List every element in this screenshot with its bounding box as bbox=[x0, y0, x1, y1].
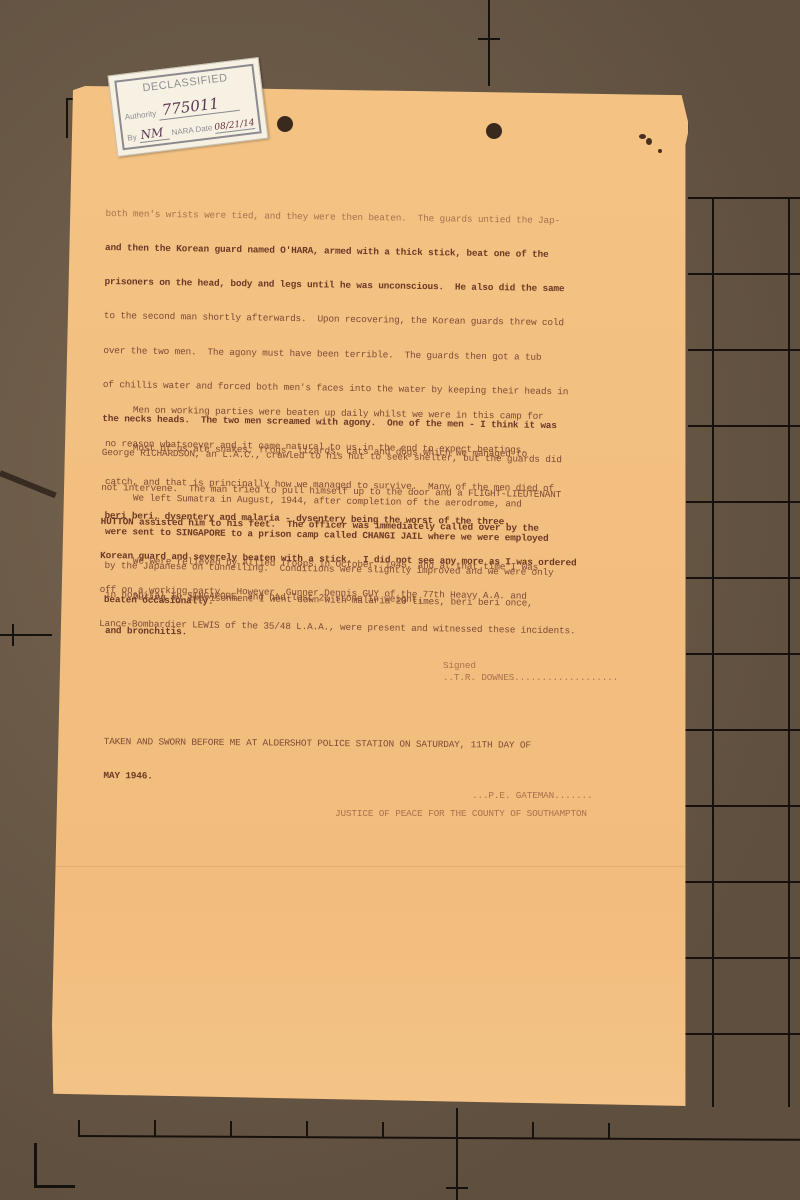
text-line: Most of us ate snakes, frogs, lizards, c… bbox=[105, 442, 554, 460]
grid-tick bbox=[230, 1121, 232, 1137]
corner-mark bbox=[34, 1143, 75, 1188]
grid-line bbox=[0, 634, 52, 636]
justice-title: JUSTICE OF PEACE FOR THE COUNTY OF SOUTH… bbox=[335, 808, 587, 819]
signature-label: Signed bbox=[443, 660, 476, 671]
text-line: and bronchitis. bbox=[105, 625, 532, 643]
stamp-by-value: NM bbox=[138, 125, 170, 144]
punch-hole bbox=[486, 123, 502, 139]
grid-tick bbox=[382, 1122, 384, 1138]
grid-line bbox=[688, 273, 800, 275]
text-line: and then the Korean guard named O'HARA, … bbox=[105, 242, 582, 261]
ink-stain bbox=[639, 134, 646, 139]
grid-line bbox=[488, 0, 490, 86]
stamp-nara-value: 08/21/14 bbox=[214, 118, 255, 134]
grid-tick bbox=[478, 38, 500, 40]
ink-stain bbox=[646, 138, 652, 145]
text-line: During my imprisonment I went down with … bbox=[105, 591, 532, 609]
text-line: MAY 1946. bbox=[103, 770, 530, 785]
jurat: TAKEN AND SWORN BEFORE ME AT ALDERSHOT P… bbox=[103, 713, 531, 797]
text-line: We left Sumatra in August, 1944, after c… bbox=[105, 492, 554, 510]
ink-stain bbox=[658, 149, 662, 153]
grid-line bbox=[682, 957, 800, 959]
grid-line bbox=[682, 1033, 800, 1035]
stamp-nara-label: NARA Date bbox=[171, 123, 213, 137]
stamp-border: DECLASSIFIED Authority 775011 By NM NARA… bbox=[114, 64, 261, 151]
grid-line bbox=[688, 349, 800, 351]
justice-signature: ...P.E. GATEMAN....... bbox=[472, 790, 592, 801]
text-line: over the two men. The agony must have be… bbox=[103, 345, 580, 364]
paragraph-6: During my imprisonment I went down with … bbox=[105, 568, 533, 655]
grid-tick bbox=[532, 1122, 534, 1138]
grid-tick bbox=[154, 1120, 156, 1136]
grid-line bbox=[686, 501, 800, 503]
grid-line bbox=[684, 805, 800, 807]
grid-line bbox=[712, 197, 714, 1107]
grid-line bbox=[688, 197, 800, 199]
grid-line bbox=[688, 425, 800, 427]
paper-fold bbox=[52, 866, 688, 867]
signature-dots: .. bbox=[443, 672, 454, 683]
grid-line bbox=[78, 1135, 800, 1141]
signature-line: Signed ..T.R. DOWNES................... bbox=[432, 649, 618, 683]
text-line: to the second man shortly afterwards. Up… bbox=[104, 310, 581, 329]
grid-line bbox=[684, 729, 800, 731]
grid-line bbox=[686, 653, 800, 655]
grid-line bbox=[684, 881, 800, 883]
grid-tick bbox=[306, 1121, 308, 1137]
text-line: both men's wrists were tied, and they we… bbox=[105, 208, 582, 227]
signature-dots: ................... bbox=[514, 672, 618, 683]
grid-tick bbox=[608, 1123, 610, 1139]
signature-name: T.R. DOWNES bbox=[454, 672, 514, 683]
stamp-authority-label: Authority bbox=[124, 109, 156, 122]
punch-hole bbox=[277, 116, 293, 132]
grid-tick bbox=[446, 1187, 468, 1189]
grid-line bbox=[788, 197, 790, 1107]
pen-mark bbox=[0, 470, 57, 498]
grid-tick bbox=[12, 624, 14, 646]
stamp-by-label: By bbox=[127, 133, 137, 143]
text-line: prisoners on the head, body and legs unt… bbox=[104, 276, 581, 295]
grid-tick bbox=[78, 1120, 80, 1136]
text-line: TAKEN AND SWORN BEFORE ME AT ALDERSHOT P… bbox=[104, 736, 531, 751]
grid-line bbox=[686, 577, 800, 579]
